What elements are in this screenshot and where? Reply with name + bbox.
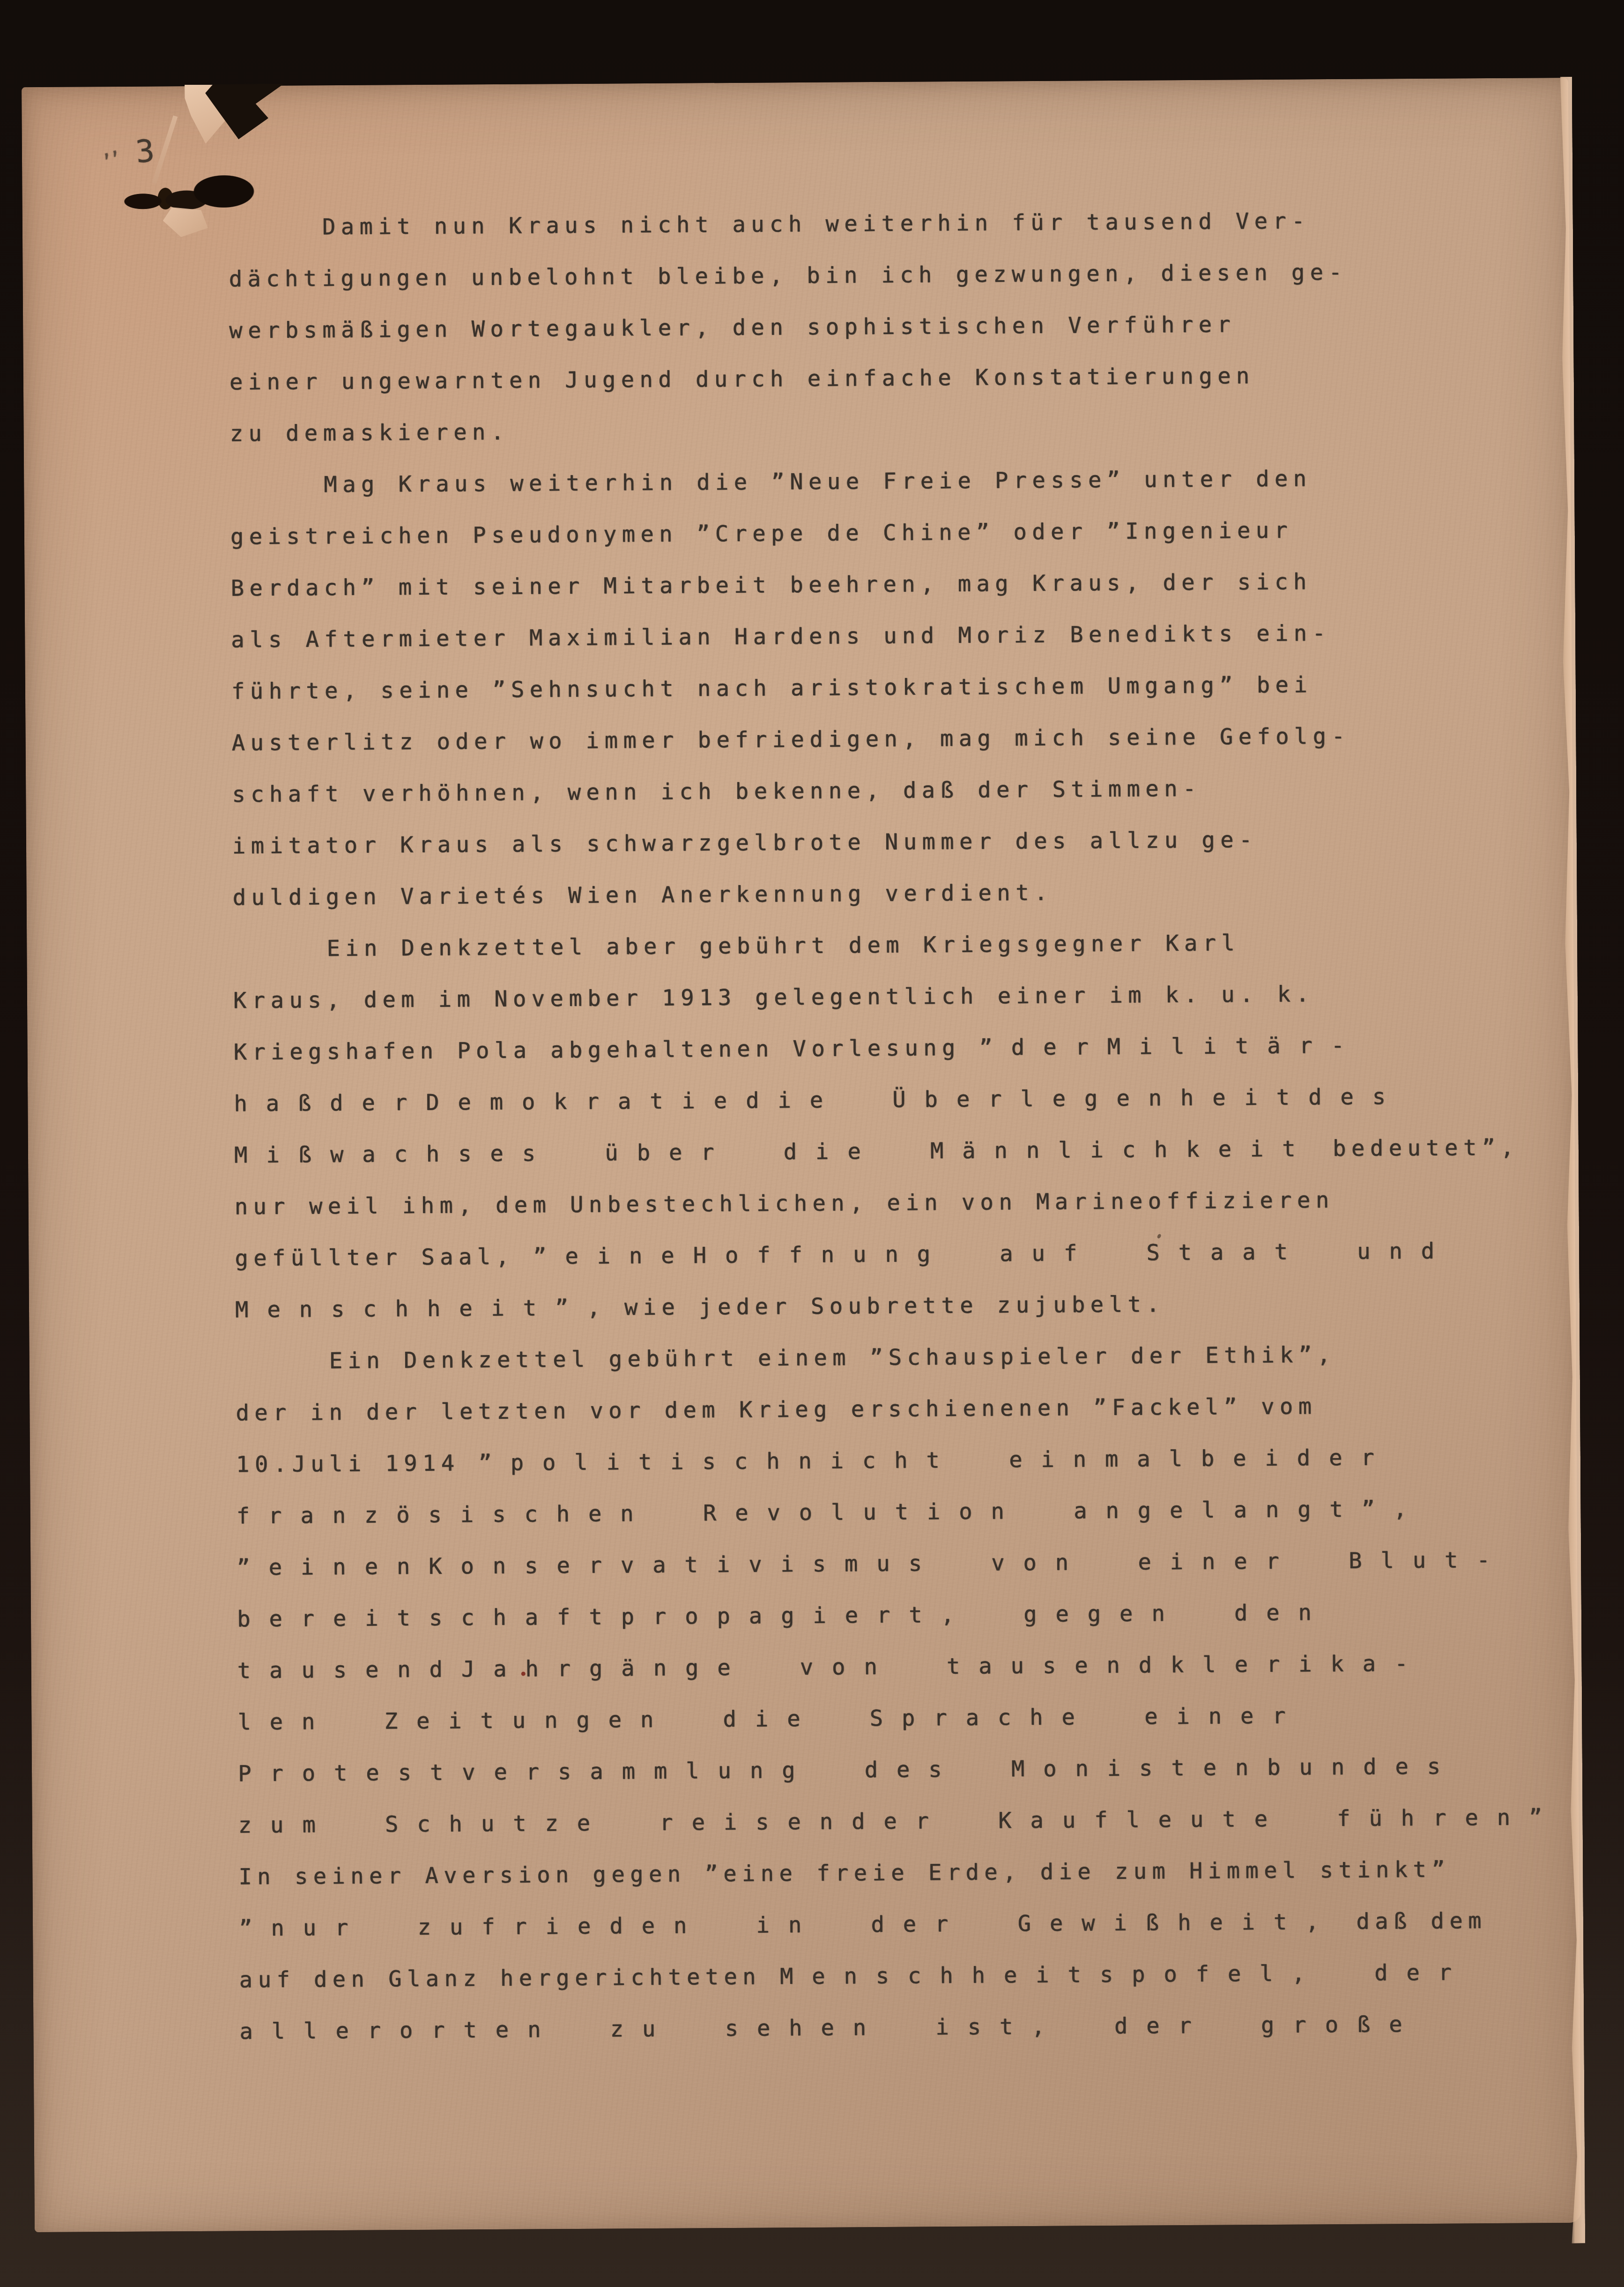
text-segment: gefüllter Saal, <box>235 1244 533 1272</box>
text-line: der in der letzten vor dem Krieg erschie… <box>236 1379 1580 1439</box>
text-segment: geistreichen Pseudonymen ”Crepe de Chine… <box>230 518 1293 550</box>
text-line: Austerlitz oder wo immer befriedigen, ma… <box>231 709 1576 769</box>
text-line: als Aftermieter Maximilian Hardens und M… <box>231 606 1576 666</box>
letterspaced-segment: haßderDemokratiedie Überlegenheitdes <box>234 1084 1404 1117</box>
letterspaced-segment: Protestversammlung des Monistenbundes <box>238 1753 1459 1787</box>
text-segment: als Aftermieter Maximilian Hardens und M… <box>231 620 1331 653</box>
text-line: zu demaskieren. <box>230 400 1574 460</box>
text-line: len Zeitungen die Sprache einer <box>237 1689 1582 1749</box>
letterspaced-segment: französischen Revolution angelangt”, <box>237 1496 1426 1529</box>
text-segment: nur weil ihm, dem Unbestechlichen, ein v… <box>235 1187 1335 1220</box>
text-segment: Austerlitz oder wo immer befriedigen, ma… <box>231 723 1350 756</box>
paper-sheet: 3 Damit nun Kraus nicht auch weiterhin f… <box>22 78 1581 2232</box>
text-line: geistreichen Pseudonymen ”Crepe de Chine… <box>230 503 1575 563</box>
text-segment: zu demaskieren. <box>230 419 509 447</box>
text-line: ”einenKonservativismus von einer Blut- <box>237 1534 1581 1594</box>
text-line: Kriegshafen Pola abgehaltenen Vorlesung … <box>233 1019 1578 1079</box>
text-segment: auf den Glanz hergerichteten <box>239 1964 780 1993</box>
text-line: auf den Glanz hergerichteten Menschheits… <box>239 1946 1584 2006</box>
text-segment: einer ungewarnten Jugend durch einfache … <box>230 363 1255 395</box>
letterspaced-segment: bereitschaftpropagiert, gegen den <box>237 1600 1330 1632</box>
text-segment: , wie jeder Soubrette zujubelt. <box>587 1291 1165 1321</box>
paper-speck <box>521 1672 526 1676</box>
text-segment: Ein Denkzettel aber gebührt dem Kriegsge… <box>326 930 1240 961</box>
text-segment: imitator Kraus als schwarzgelbrote Numme… <box>232 827 1258 859</box>
text-segment: bedeutet”, <box>1314 1135 1519 1162</box>
text-segment: duldigen Varietés Wien Anerkennung verdi… <box>232 880 1053 911</box>
text-line: dächtigungen unbelohnt bleibe, bin ich g… <box>229 246 1573 305</box>
text-segment: Kriegshafen Pola abgehaltenen Vorlesung <box>233 1035 979 1065</box>
text-line: Damit nun Kraus nicht auch weiterhin für… <box>229 194 1573 254</box>
text-line: werbsmäßigen Wortegaukler, den sophistis… <box>229 297 1574 357</box>
text-line: Berdach” mit seiner Mitarbeit beehren, m… <box>230 555 1575 615</box>
torn-flap-small <box>163 207 208 238</box>
text-line: imitator Kraus als schwarzgelbrote Numme… <box>232 812 1577 872</box>
text-line: In seiner Aversion gegen ”eine freie Erd… <box>238 1843 1583 1903</box>
text-line: haßderDemokratiedie Überlegenheitdes <box>234 1070 1579 1130</box>
letterspaced-segment: tausendJahrgänge von tausendklerika- <box>237 1651 1427 1684</box>
text-line: tausendJahrgänge von tausendklerika- <box>237 1637 1582 1697</box>
text-line: führte, seine ”Sehnsucht nach aristokrat… <box>231 658 1576 718</box>
text-segment: werbsmäßigen Wortegaukler, den sophistis… <box>229 312 1236 343</box>
text-segment: In seiner Aversion gegen ”eine freie Erd… <box>238 1857 1450 1890</box>
text-segment: schaft verhöhnen, wenn ich bekenne, daß … <box>232 776 1201 808</box>
text-line: Kraus, dem im November 1913 gelegentlich… <box>233 967 1578 1027</box>
text-line: gefüllter Saal, ”eineHoffnung auf Staat … <box>235 1225 1580 1285</box>
text-segment: daß dem <box>1337 1908 1487 1935</box>
letterspaced-segment: Menschheit” <box>235 1295 587 1323</box>
text-line: Mißwachses über die Männlichkeit bedeute… <box>234 1122 1579 1182</box>
letterspaced-segment: ”eineHoffnung auf Staat und <box>533 1238 1453 1270</box>
letterspaced-segment: ”einenKonservativismus von einer Blut- <box>237 1547 1509 1581</box>
page-number: 3 <box>134 135 156 168</box>
text-segment: der in der letzten vor dem Krieg erschie… <box>236 1393 1317 1426</box>
letterspaced-segment: ”politischnicht einmalbeider <box>478 1445 1393 1476</box>
text-line: einer ungewarnten Jugend durch einfache … <box>230 349 1574 409</box>
text-line: nur weil ihm, dem Unbestechlichen, ein v… <box>234 1173 1579 1233</box>
text-line: Ein Denkzettel aber gebührt dem Kriegsge… <box>233 916 1578 976</box>
letterspaced-segment: allerorten zu sehen ist, der große <box>239 2011 1421 2044</box>
text-segment: Mag Kraus weiterhin die ”Neue Freie Pres… <box>324 466 1312 498</box>
text-line: Ein Denkzettel gebührt einem ”Schauspiel… <box>235 1328 1580 1388</box>
text-line: Protestversammlung des Monistenbundes <box>238 1740 1583 1800</box>
text-line: Mag Kraus weiterhin die ”Neue Freie Pres… <box>230 452 1575 512</box>
text-segment: 10.Juli 1914 <box>236 1450 479 1477</box>
letterspaced-segment: len Zeitungen die Sprache einer <box>237 1703 1304 1735</box>
letterspaced-segment: Mißwachses über die Männlichkeit <box>234 1136 1314 1168</box>
text-line: Menschheit”, wie jeder Soubrette zujubel… <box>235 1276 1580 1336</box>
letterspaced-segment: zum Schutze reisender Kaufleute führen” <box>238 1804 1561 1838</box>
text-segment: Berdach” mit seiner Mitarbeit beehren, m… <box>230 569 1312 601</box>
text-segment: dächtigungen unbelohnt bleibe, bin ich g… <box>229 260 1347 292</box>
letterspaced-segment: ”nur zufrieden in der Gewißheit, <box>239 1909 1338 1941</box>
letterspaced-segment: ”derMilitär- <box>979 1033 1363 1061</box>
scanned-typescript-photo: { "page_number": "3", "colors": { "backg… <box>0 0 1624 2287</box>
text-line: allerorten zu sehen ist, der große <box>239 1998 1584 2058</box>
typescript-text: Damit nun Kraus nicht auch weiterhin für… <box>229 194 1584 2057</box>
text-line: zum Schutze reisender Kaufleute führen” <box>238 1792 1583 1852</box>
text-segment: Ein Denkzettel gebührt einem ”Schauspiel… <box>329 1342 1336 1374</box>
text-segment: führte, seine ”Sehnsucht nach aristokrat… <box>231 672 1313 704</box>
text-line: 10.Juli 1914 ”politischnicht einmalbeide… <box>236 1431 1581 1491</box>
text-line: bereitschaftpropagiert, gegen den <box>237 1586 1582 1646</box>
text-line: schaft verhöhnen, wenn ich bekenne, daß … <box>232 761 1577 821</box>
text-line: ”nur zufrieden in der Gewißheit, daß dem <box>239 1895 1584 1955</box>
text-segment: Damit nun Kraus nicht auch weiterhin für… <box>322 208 1311 240</box>
letterspaced-segment: Menschheitspofel, der <box>780 1959 1471 1989</box>
text-line: französischen Revolution angelangt”, <box>236 1482 1581 1542</box>
text-segment: Kraus, dem im November 1913 gelegentlich… <box>233 981 1314 1013</box>
text-line: duldigen Varietés Wien Anerkennung verdi… <box>232 864 1577 924</box>
